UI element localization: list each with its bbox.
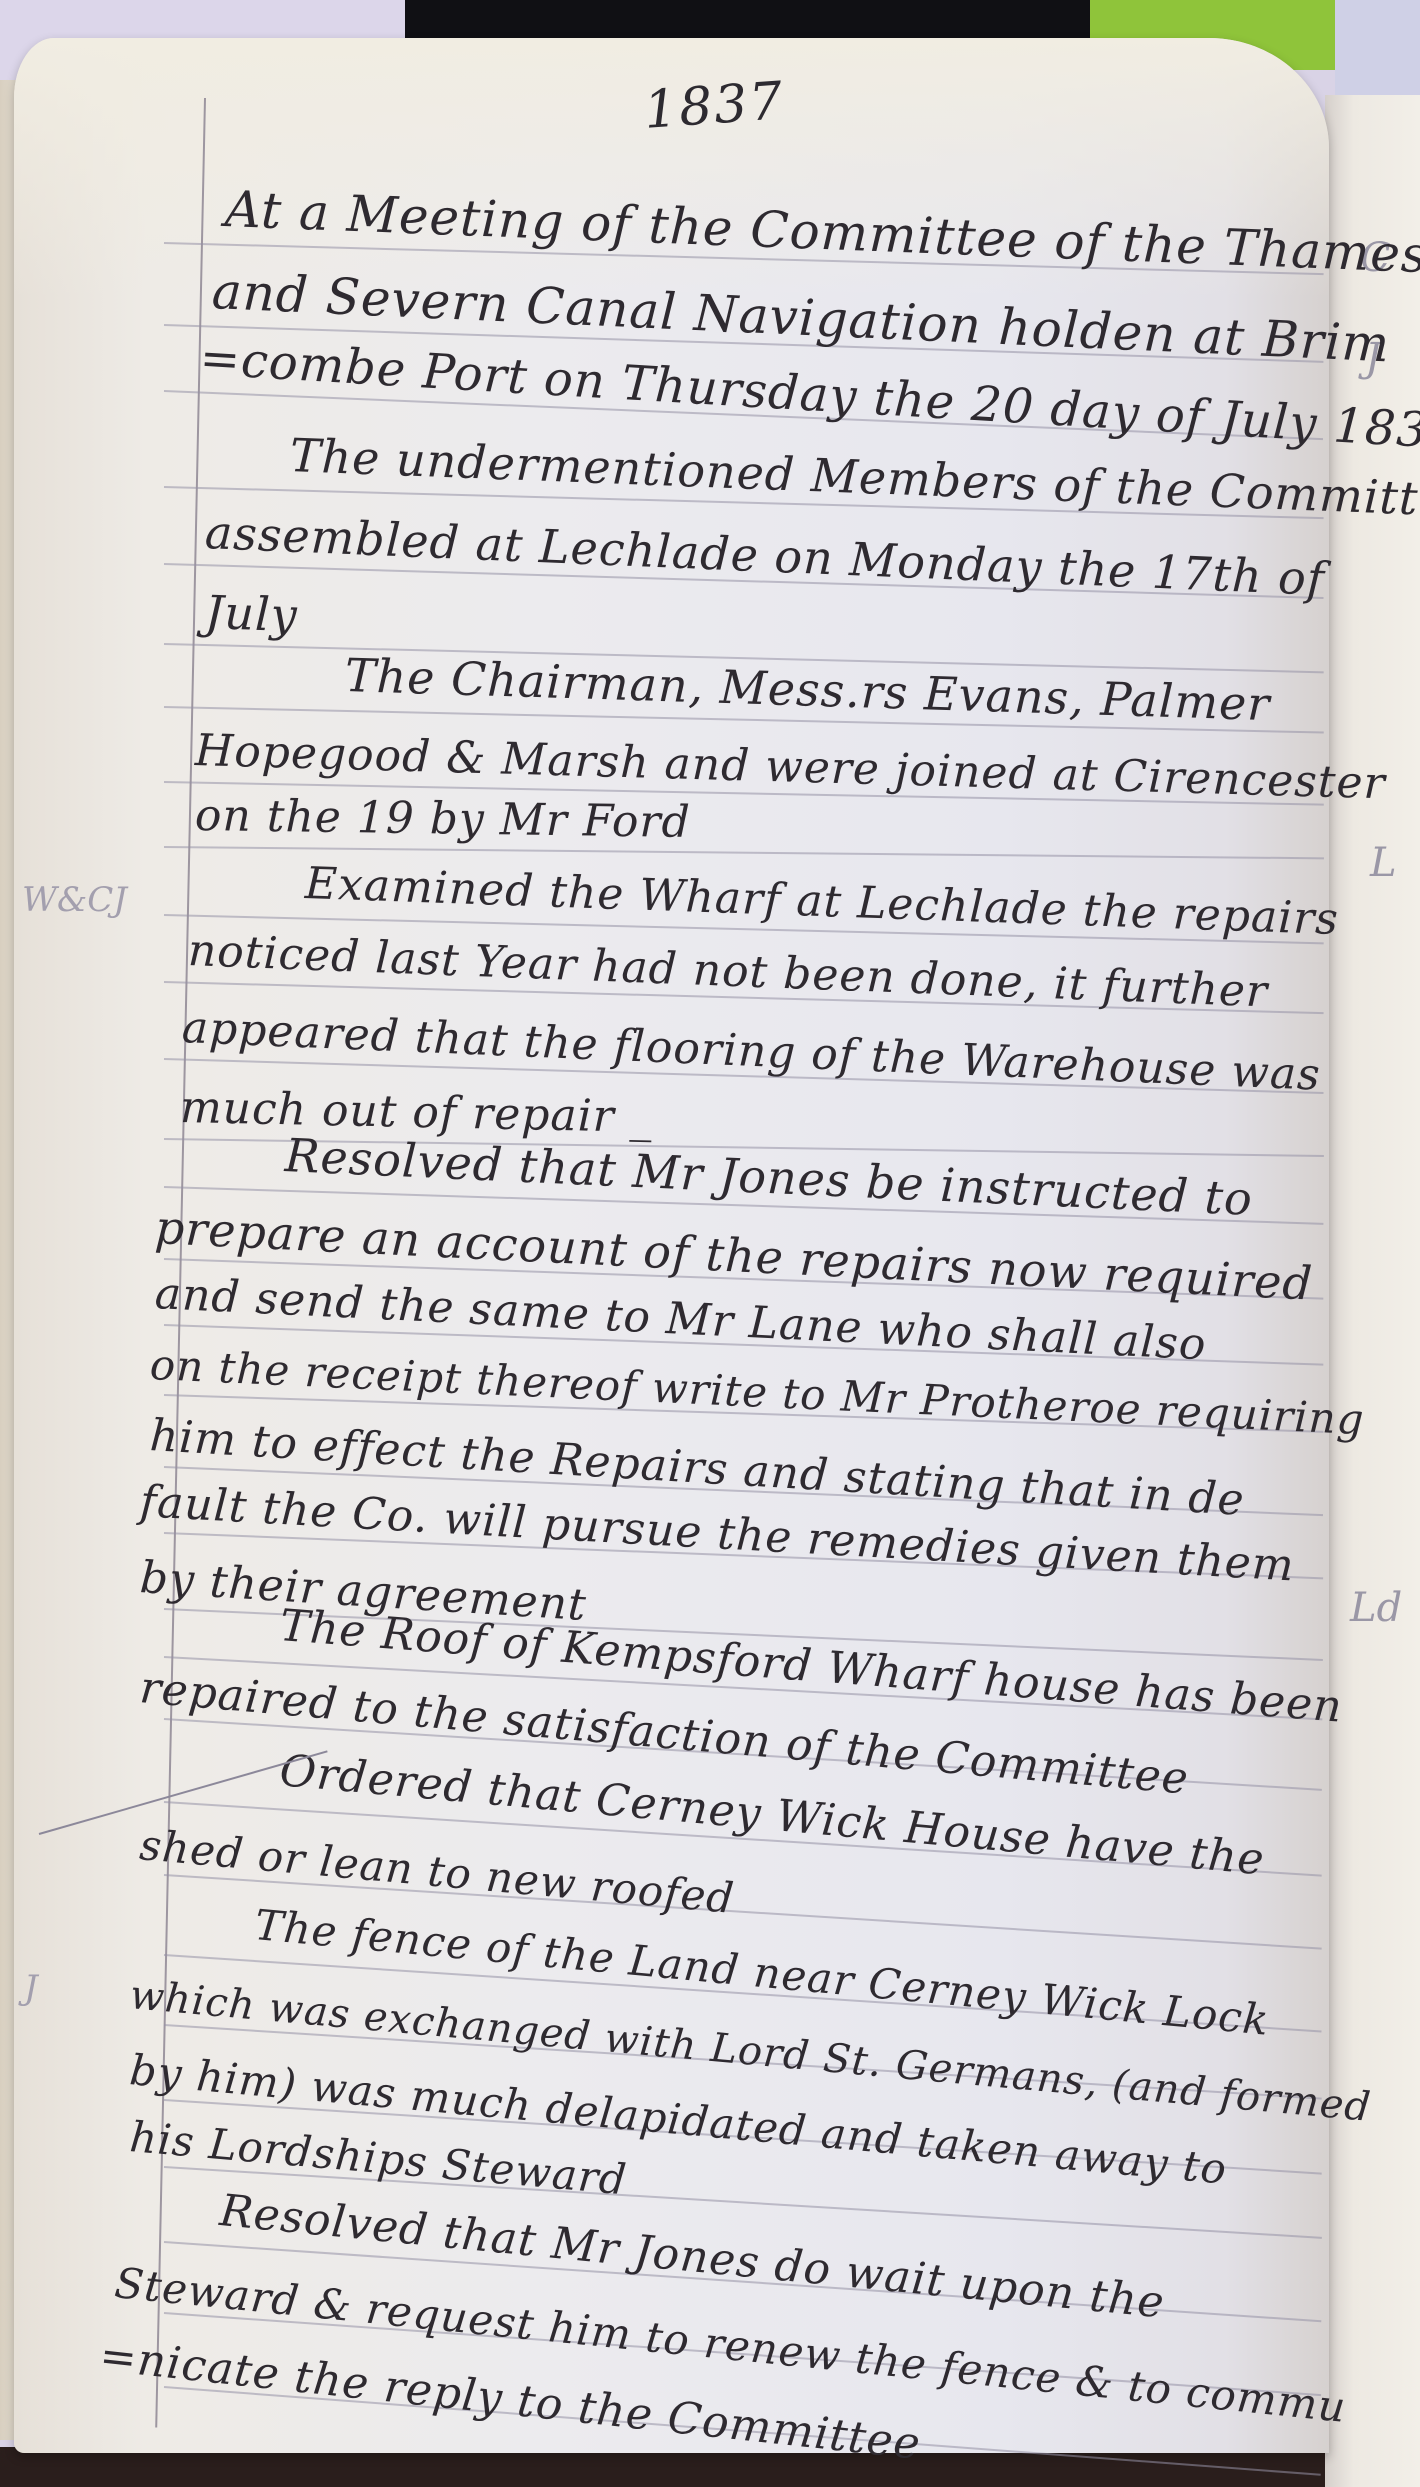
manuscript-line: assembled at Lechlade on Monday the 17th… bbox=[204, 505, 1326, 606]
year-heading: 1837 bbox=[642, 71, 786, 141]
right-page-annotation: L bbox=[1370, 840, 1397, 886]
manuscript-line: shed or lean to new roofed bbox=[138, 1820, 737, 1923]
margin-annotation: J bbox=[24, 1968, 38, 2008]
margin-annotation: W&CJ bbox=[22, 880, 127, 920]
manuscript-line: Resolved that Mr Jones be instructed to bbox=[284, 1128, 1254, 1226]
manuscript-line: July bbox=[204, 585, 299, 642]
background-right-paper bbox=[1335, 0, 1420, 110]
manuscript-line: The Chairman, Mess.rs Evans, Palmer bbox=[344, 648, 1271, 731]
manuscript-line: Examined the Wharf at Lechlade the repai… bbox=[304, 858, 1340, 945]
background-table-edge bbox=[0, 2447, 1420, 2487]
manuscript-line: on the 19 by Mr Ford bbox=[195, 790, 691, 848]
manuscript-line: noticed last Year had not been done, it … bbox=[187, 925, 1269, 1017]
ruled-line bbox=[164, 846, 1324, 859]
manuscript-page: 1837 At a Meeting of the Committee of th… bbox=[14, 38, 1329, 2453]
right-page-annotation: Ld bbox=[1350, 1585, 1402, 1631]
